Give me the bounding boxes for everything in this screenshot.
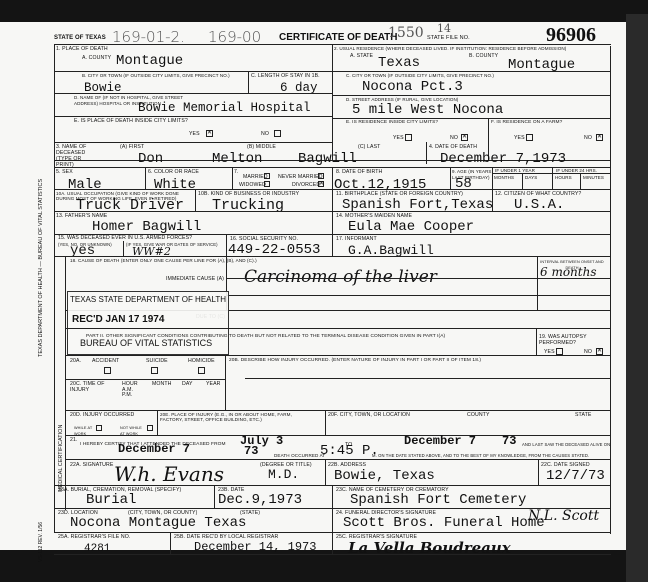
department-side-label: TEXAS DEPARTMENT OF HEALTH — BUREAU OF V… (38, 179, 44, 357)
state-label: STATE OF TEXAS (54, 35, 106, 41)
first-name: Don (138, 153, 163, 166)
attended-from-year: 73 (244, 445, 258, 458)
widowed-checkbox[interactable] (264, 181, 270, 187)
last-name: Bagwill (298, 153, 357, 166)
stay-label: c. LENGTH OF STAY in 1b. (251, 73, 320, 79)
death-county: Montague (116, 55, 183, 68)
father-name: Homer Bagwill (92, 221, 201, 234)
disposition-date: Dec.9,1973 (218, 494, 302, 507)
date-received: December 14, 1973 (194, 541, 316, 554)
farm-no-checkbox[interactable]: ✕ (596, 134, 603, 141)
mother-name: Eula Mae Cooper (348, 221, 474, 234)
never-married-checkbox[interactable] (318, 173, 324, 179)
accident-checkbox[interactable] (104, 367, 111, 374)
place-of-death-label: 1. PLACE OF DEATH (56, 46, 108, 52)
married-checkbox[interactable] (264, 173, 270, 179)
not-while-at-work-checkbox[interactable] (147, 425, 153, 431)
death-city-label: b. CITY OR TOWN (If outside city limits,… (82, 73, 230, 79)
handwritten-cert-no: 1550 (388, 25, 424, 41)
death-time: 5:45 P. (320, 445, 379, 458)
physician-address: Bowie, Texas (334, 470, 435, 483)
residence-state: Texas (378, 57, 420, 70)
autopsy-yes-checkbox[interactable] (556, 348, 563, 355)
form-number: VS-112 REV. 1/56 (38, 522, 44, 562)
cemetery-name: Spanish Fort Cemetery (350, 494, 526, 507)
residence-inside-yes-checkbox[interactable] (405, 134, 412, 141)
date-of-death: December 7,1973 (440, 153, 566, 166)
attended-to: December 7 (404, 435, 476, 448)
inside-city-label: e. IS PLACE OF DEATH INSIDE CITY LIMITS? (74, 118, 188, 124)
funeral-director-signature: N.L. Scott (528, 508, 599, 524)
received-stamp: TEXAS STATE DEPARTMENT OF HEALTH REC'D J… (67, 291, 229, 355)
death-certificate: STATE OF TEXAS 169-01-2. 169-00 CERTIFIC… (0, 22, 626, 550)
certificate-title: CERTIFICATE OF DEATH (279, 32, 398, 43)
burial-location: Nocona Montague Texas (70, 517, 246, 530)
residence-city: Nocona Pct.3 (362, 81, 463, 94)
autopsy-no-checkbox[interactable]: ✕ (596, 348, 603, 355)
homicide-checkbox[interactable] (198, 367, 205, 374)
immediate-cause: Carcinoma of the liver (244, 267, 437, 287)
medical-certification-label: MEDICAL CERTIFICATION (58, 425, 64, 492)
residence-street: 5 mile West Nocona (352, 104, 503, 117)
hospital-name: Bowie Memorial Hospital (138, 102, 311, 115)
interval-onset: 6 months (540, 265, 597, 279)
funeral-home: Scott Bros. Funeral Home (343, 517, 545, 530)
name-label: 3. NAME OF DECEASED (Type or print) (56, 144, 96, 168)
divorced-checkbox[interactable]: ✕ (318, 181, 324, 187)
last-seen-date: December 7 (118, 443, 190, 456)
suicide-checkbox[interactable] (151, 367, 158, 374)
while-at-work-checkbox[interactable] (96, 425, 102, 431)
handwritten-file-no: 14 (437, 22, 451, 35)
middle-name: Melton (212, 153, 262, 166)
date-signed: 12/7/73 (546, 470, 605, 483)
disposition-type: Burial (86, 494, 136, 507)
farm-yes-checkbox[interactable] (526, 134, 533, 141)
scan-edge (626, 14, 648, 582)
inside-city-yes-checkbox[interactable]: ✕ (206, 130, 213, 137)
state-file-label: STATE FILE NO. (427, 35, 470, 41)
physician-degree: M.D. (268, 468, 299, 481)
physician-signature: W.h. Evans (114, 462, 224, 486)
residence-inside-no-checkbox[interactable]: ✕ (461, 134, 468, 141)
county-label: a. COUNTY (82, 55, 111, 61)
inside-city-no-checkbox[interactable] (274, 130, 281, 137)
residence-label: 2. USUAL RESIDENCE (Where deceased lived… (334, 46, 566, 52)
attended-to-year: 73 (502, 435, 516, 448)
